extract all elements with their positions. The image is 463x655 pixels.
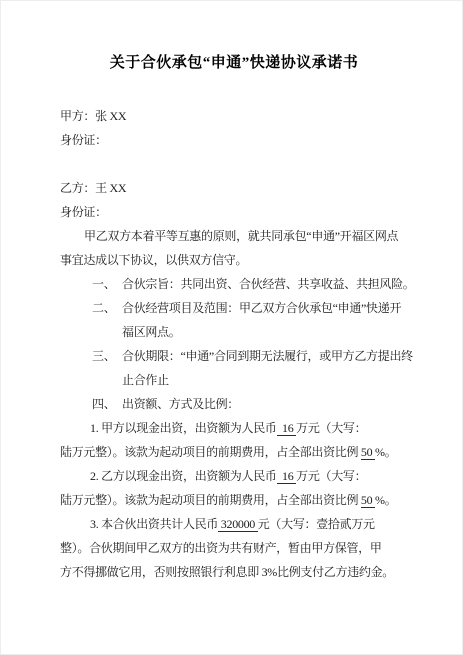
item-text: 3. 本合伙出资共计人民币: [90, 517, 218, 531]
clause-item-2: 二、 合伙经营项目及范围：甲乙双方合伙承包“申通”快递开 福区网点。: [60, 296, 408, 344]
item-text: %。: [375, 493, 396, 507]
capital-item-1-line-1: 1. 甲方以现金出资，出资额为人民币 16 万元（大写：: [60, 416, 408, 440]
party-b-name: 乙方：王 XX: [60, 176, 408, 200]
clause-number: 三、: [92, 344, 115, 368]
blank-line: [60, 152, 408, 176]
capital-item-2-line-1: 2. 乙方以现金出资，出资额为人民币 16 万元（大写：: [60, 464, 408, 488]
item-text: 陆万元整）。该款为起动项目的前期费用，占全部出资比例: [60, 445, 361, 459]
item-text: %。: [375, 445, 396, 459]
capital-item-1-line-2: 陆万元整）。该款为起动项目的前期费用，占全部出资比例 50 %。: [60, 440, 408, 464]
clause-text-line: 合伙宗旨：共同出资、合伙经营、共享收益、共担风险。: [122, 272, 408, 296]
preamble-line-1: 甲乙双方本着平等互惠的原则，就共同承包“申通”开福区网点: [60, 224, 408, 248]
underlined-total: 320000: [218, 517, 258, 532]
capital-item-3-line-2: 整）。合伙期间甲乙双方的出资为共有财产，暂由甲方保管，甲: [60, 536, 408, 560]
underlined-amount: 16: [277, 421, 297, 436]
item-text: 元（大写：壹拾贰万元: [258, 517, 375, 531]
underlined-amount: 16: [277, 469, 297, 484]
underlined-percentage: 50: [361, 445, 375, 460]
capital-item-3-line-3: 方不得挪做它用，否则按照银行利息即 3%比例支付乙方违约金。: [60, 560, 408, 584]
capital-item-3-line-1: 3. 本合伙出资共计人民币 320000 元（大写：壹拾贰万元: [60, 512, 408, 536]
clause-text-line: 止合作止: [122, 368, 408, 392]
clause-text-line: 合伙经营项目及范围：甲乙双方合伙承包“申通”快递开: [122, 296, 408, 320]
underlined-percentage: 50: [361, 493, 375, 508]
item-text: 陆万元整）。该款为起动项目的前期费用，占全部出资比例: [60, 493, 361, 507]
contract-document: 关于合伙承包“申通”快递协议承诺书 甲方：张 XX 身份证： 乙方：王 XX 身…: [0, 0, 463, 655]
clause-text-line: 合伙期限：“申通”合同到期无法履行，或甲方乙方提出终: [122, 344, 408, 368]
clause-number: 四、: [92, 392, 115, 416]
party-a-name: 甲方：张 XX: [60, 104, 408, 128]
item-text: 万元（大写：: [296, 469, 366, 483]
clause-text-line: 福区网点。: [122, 320, 408, 344]
clause-item-1: 一、 合伙宗旨：共同出资、合伙经营、共享收益、共担风险。: [60, 272, 408, 296]
party-a-id-label: 身份证：: [60, 128, 408, 152]
clause-number: 二、: [92, 296, 115, 320]
clause-item-4: 四、 出资额、方式及比例：: [60, 392, 408, 416]
item-text: 万元（大写：: [296, 421, 366, 435]
doc-title: 关于合伙承包“申通”快递协议承诺书: [60, 50, 408, 76]
preamble-line-2: 事宜达成以下协议，以供双方信守。: [60, 248, 408, 272]
clause-text-line: 出资额、方式及比例：: [122, 392, 408, 416]
clause-number: 一、: [92, 272, 115, 296]
clause-item-3: 三、 合伙期限：“申通”合同到期无法履行，或甲方乙方提出终 止合作止: [60, 344, 408, 392]
party-b-id-label: 身份证：: [60, 200, 408, 224]
item-text: 1. 甲方以现金出资，出资额为人民币: [90, 421, 277, 435]
item-text: 2. 乙方以现金出资，出资额为人民币: [90, 469, 277, 483]
capital-item-2-line-2: 陆万元整）。该款为起动项目的前期费用，占全部出资比例 50 %。: [60, 488, 408, 512]
